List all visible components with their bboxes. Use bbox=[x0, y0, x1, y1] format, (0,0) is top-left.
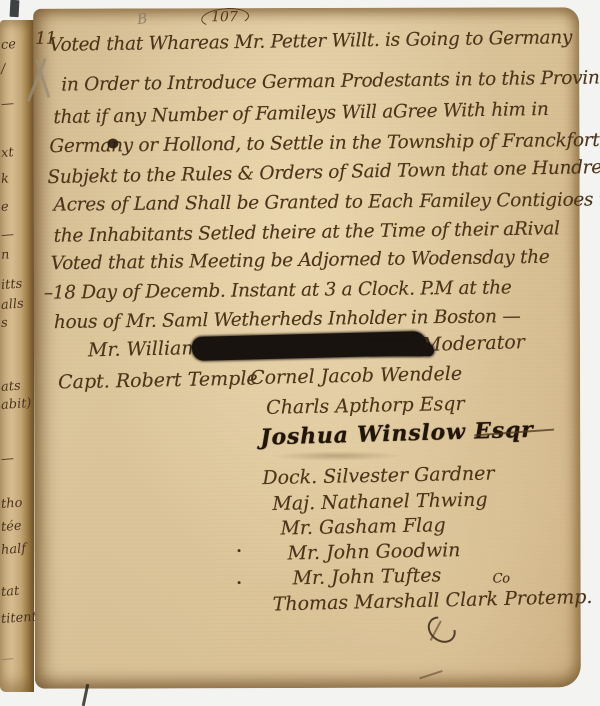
edge-fragment: half bbox=[1, 542, 32, 557]
signature-attendee: Cornel Jacob Wendele bbox=[250, 364, 462, 388]
edge-fragment: / bbox=[1, 61, 32, 76]
body-line: Voted that Whareas Mr. Petter Willt. is … bbox=[49, 28, 572, 56]
body-line: Voted that this Meeting be Adjorned to W… bbox=[51, 248, 550, 275]
ink-dot bbox=[238, 549, 241, 552]
pencil-letter-b: B bbox=[136, 11, 148, 28]
body-line: –18 Day of Decemb. Instant at 3 a Clock.… bbox=[44, 278, 512, 303]
edge-fragment: titent bbox=[1, 611, 32, 626]
signature-attendee: Mr. John Goodwin bbox=[287, 540, 460, 563]
signature-attendee: Capt. Robert Temple bbox=[58, 368, 258, 392]
signature-attendee: Dock. Silvester Gardner bbox=[262, 463, 494, 488]
edge-fragment: itts bbox=[1, 277, 32, 292]
ink-smudge bbox=[272, 451, 402, 461]
ink-dot bbox=[238, 581, 241, 584]
edge-fragment: abit) bbox=[1, 397, 32, 412]
edge-fragment: xt bbox=[1, 145, 32, 160]
body-line: the Inhabitants Setled theire at the Tim… bbox=[54, 219, 560, 247]
edge-fragment: tho bbox=[1, 496, 32, 511]
edge-fragment: — bbox=[1, 451, 32, 466]
previous-page-edge: ce / — xt k e — n itts alls s ats abit) … bbox=[0, 20, 34, 692]
body-line: Subjekt to the Rules & Orders of Said To… bbox=[47, 158, 600, 188]
edge-fragment: n bbox=[1, 247, 32, 262]
signature-attendee: Maj. Nathanel Thwing bbox=[272, 490, 488, 514]
scanned-manuscript-screenshot: ce / — xt k e — n itts alls s ats abit) … bbox=[0, 0, 600, 706]
signature-attendee: Mr. John Tuftes bbox=[292, 565, 441, 588]
edge-fragment: ce bbox=[1, 37, 32, 52]
signature-clerk: Thomas Marshall Clark Protemp. bbox=[272, 587, 592, 615]
edge-fragment: s bbox=[1, 315, 32, 330]
signature-descender-loop bbox=[423, 611, 461, 648]
edge-fragment: ats bbox=[1, 379, 32, 394]
edge-fragment: tat bbox=[1, 584, 32, 599]
body-line: that if any Number of Famileys Will aGre… bbox=[53, 100, 548, 128]
binding-clip-mark bbox=[10, 0, 20, 17]
edge-fragment: alls bbox=[1, 297, 32, 312]
page-number: 107 bbox=[211, 9, 238, 25]
edge-fragment: k bbox=[1, 171, 32, 186]
body-line: in Order to Introduce German Prodestants… bbox=[61, 68, 600, 95]
manuscript-page: B 107 11 Voted that Whareas Mr. Petter W… bbox=[33, 7, 581, 688]
edge-fragment: e bbox=[1, 199, 32, 214]
clerk-flourish: Co bbox=[493, 569, 510, 589]
redaction-mark bbox=[364, 341, 434, 356]
signature-attendee: Mr. Gasham Flag bbox=[280, 515, 446, 538]
body-line: Germany or Hollond, to Settle in the Tow… bbox=[49, 131, 600, 157]
ink-blot bbox=[107, 138, 118, 148]
signature-attendee: Charls Apthorp Esqr bbox=[266, 394, 465, 418]
body-line: hous of Mr. Saml Wetherheds Inholder in … bbox=[54, 307, 521, 333]
hairline-mark bbox=[419, 670, 442, 679]
body-line: Acres of Land Shall be Granted to Each F… bbox=[54, 190, 600, 215]
edge-fragment: tée bbox=[1, 519, 32, 534]
signature-moderator-title: Moderator bbox=[422, 332, 525, 355]
edge-fragment-pencil: — bbox=[1, 651, 32, 666]
edge-fragment: — bbox=[1, 227, 32, 242]
